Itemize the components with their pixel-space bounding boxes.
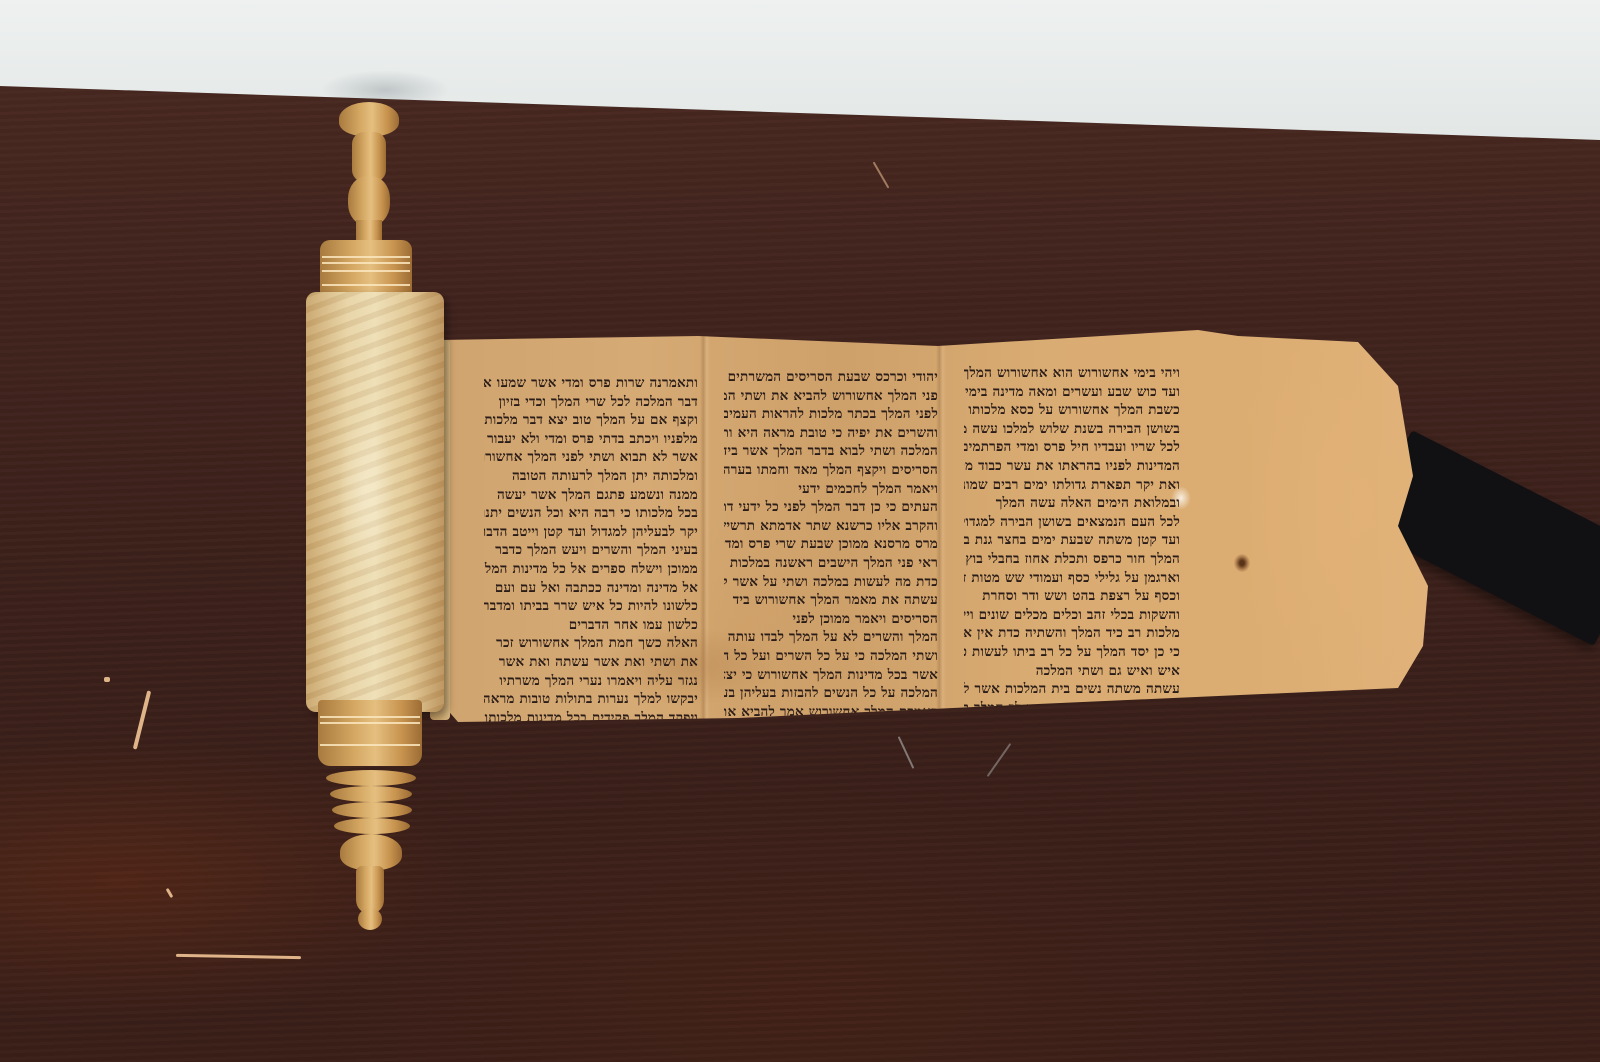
text-line: כשבת המלך אחשורוש על כסא מלכותו אשר: [964, 401, 1180, 420]
top-finial-neck: [352, 132, 386, 182]
text-line: בעיני המלך והשרים ויעש המלך כדבר: [484, 541, 698, 560]
text-line: ואת יקר תפארת גדולתו ימים רבים שמונים: [964, 476, 1180, 495]
text-line: ויאמר המלך לחכמים ידעי: [724, 480, 938, 499]
text-line: פני המלך אחשורוש להביא את ושתי המלכה: [724, 387, 938, 406]
text-line: וכסף על רצפת בהט ושש ודר וסחרת: [964, 587, 1180, 606]
text-line: והשקות בכלי זהב וכלים מכלים שונים ויין: [964, 606, 1180, 625]
text-line: יהודי וכרכס שבעת הסריסים המשרתים את: [724, 368, 938, 387]
text-line: עשתה משתה נשים בית המלכות אשר למלך: [964, 680, 1180, 699]
text-line: המדינות לפניו בהראתו את עשר כבוד מלכותו: [964, 457, 1180, 476]
collar-ring: [322, 270, 410, 272]
top-collar: [320, 240, 412, 298]
text-line: בשושן הבירה בשנת שלוש למלכו עשה משתה: [964, 420, 1180, 439]
text-line: ועד כוש שבע ועשרים ומאה מדינה בימים ההם: [964, 383, 1180, 402]
bottom-ridge: [334, 818, 410, 834]
text-line: והשרים את יפיה כי טובת מראה היא ותמאן: [724, 424, 938, 443]
collar-ring: [322, 284, 410, 286]
text-line: ומלכותה יתן המלך לרעותה הטובה: [484, 467, 698, 486]
text-line: ותאמרנה שרות פרס ומדי אשר שמעו את: [484, 374, 698, 393]
text-line: אשר לא תבוא ושתי לפני המלך אחשורוש: [484, 448, 698, 467]
text-line: המלך חור כרפס ותכלת אחוז בחבלי בוץ: [964, 550, 1180, 569]
text-line: ממוכן וישלח ספרים אל כל מדינות המלך: [484, 560, 698, 579]
collar-ring: [322, 262, 410, 264]
text-line: מרס מרסנא ממוכן שבעת שרי פרס ומדי: [724, 535, 938, 554]
bottom-ridge: [332, 802, 412, 818]
text-line: ויהי בימי אחשורוש הוא אחשורוש המלך מהדו: [964, 364, 1180, 383]
text-line: ועד קטן משתה שבעת ימים בחצר גנת ביתן: [964, 531, 1180, 550]
text-line: וארגמן על גלילי כסף ועמודי שש מטות זהב: [964, 569, 1180, 588]
text-line: המלכה ושתי לבוא בדבר המלך אשר ביד: [724, 442, 938, 461]
text-line: אשר בכל מדינות המלך אחשורוש כי יצא דבר: [724, 666, 938, 685]
collar-ring: [322, 256, 410, 258]
text-line: כלשונו להיות כל איש שרר בביתו ומדבר: [484, 597, 698, 616]
text-line: האלה כשך חמת המלך אחשורוש זכר: [484, 634, 698, 653]
collar-ring: [320, 716, 420, 718]
text-line: יקר לבעליהן למגדול ועד קטן וייטב הדבר: [484, 523, 698, 542]
photo-scene: ותאמרנה שרות פרס ומדי אשר שמעו את דבר המ…: [0, 0, 1600, 1062]
bottom-ridge: [326, 770, 416, 786]
bottom-ridge: [330, 786, 412, 802]
text-column-middle: יהודי וכרכס שבעת הסריסים המשרתים את פני …: [724, 368, 938, 740]
text-line: יבקשו למלך נערות בתולות טובות מראה: [484, 690, 698, 709]
text-line: נגזר עליה ויאמרו נערי המלך משרתיו: [484, 672, 698, 691]
parchment-hole: [1234, 554, 1250, 572]
text-line: ראי פני המלך הישבים ראשנה במלכות: [724, 554, 938, 573]
text-line: עשתה את מאמר המלך אחשורוש ביד: [724, 591, 938, 610]
scroll-parchment: ותאמרנה שרות פרס ומדי אשר שמעו את דבר המ…: [438, 326, 1448, 722]
text-line: המלך והשרים לא על המלך לבדו עותה: [724, 628, 938, 647]
text-line: את ושתי ואת אשר עשתה ואת אשר: [484, 653, 698, 672]
collar-ring: [320, 744, 420, 746]
text-line: כלשון עמו אחר הדברים: [484, 616, 698, 635]
text-line: לפני המלך בכתר מלכות להראות העמים: [724, 405, 938, 424]
text-line: העתים כי כן דבר המלך לפני כל ידעי דת ודי…: [724, 498, 938, 517]
bottom-finial-bulb: [340, 834, 402, 870]
text-line: לכל העם הנמצאים בשושן הבירה למגדול: [964, 513, 1180, 532]
text-line: המלכה על כל הנשים להבזות בעליהן בעיניהן: [724, 684, 938, 703]
text-line: כי כן יסד המלך על כל רב ביתו לעשות כרצון: [964, 643, 1180, 662]
text-line: מלפניו ויכתב בדתי פרס ומדי ולא יעבור: [484, 430, 698, 449]
top-finial-bulb: [348, 176, 390, 226]
text-line: אל מדינה ומדינה ככתבה ואל עם ועם: [484, 579, 698, 598]
text-line: מלכות רב כיד המלך והשתיה כדת אין אנס: [964, 624, 1180, 643]
bottom-finial-tip: [358, 908, 382, 930]
text-line: כדת מה לעשות במלכה ושתי על אשר לא: [724, 573, 938, 592]
text-line: ממנה ונשמע פתגם המלך אשר יעשה: [484, 486, 698, 505]
bottom-collar: [318, 700, 422, 766]
text-line: הסריסים ויאמר ממוכן לפני: [724, 610, 938, 629]
text-column-right: ויהי בימי אחשורוש הוא אחשורוש המלך מהדו …: [964, 364, 1180, 736]
text-line: דבר המלכה לכל שרי המלך וכדי בזיון: [484, 393, 698, 412]
text-column-left: ותאמרנה שרות פרס ומדי אשר שמעו את דבר המ…: [484, 374, 698, 746]
text-line: בכל מלכותו כי רבה היא וכל הנשים יתנו: [484, 504, 698, 523]
rolled-parchment: [306, 292, 444, 712]
top-finial-cap: [339, 102, 399, 136]
text-line: הסריסים ויקצף המלך מאד וחמתו בערה בו: [724, 461, 938, 480]
bottom-finial-stem: [356, 866, 384, 914]
text-line: והקרב אליו כרשנא שתר אדמתא תרשיש: [724, 517, 938, 536]
text-line: איש ואיש גם ושתי המלכה: [964, 662, 1180, 681]
collar-ring: [320, 722, 420, 724]
text-line: וקצף אם על המלך טוב יצא דבר מלכות: [484, 411, 698, 430]
text-line: לכל שריו ועבדיו חיל פרס ומדי הפרתמים ושר…: [964, 438, 1180, 457]
text-line: ושתי המלכה כי על כל השרים ועל כל העמים: [724, 647, 938, 666]
table-scratch: [104, 677, 110, 682]
text-line: ובמלואת הימים האלה עשה המלך: [964, 494, 1180, 513]
